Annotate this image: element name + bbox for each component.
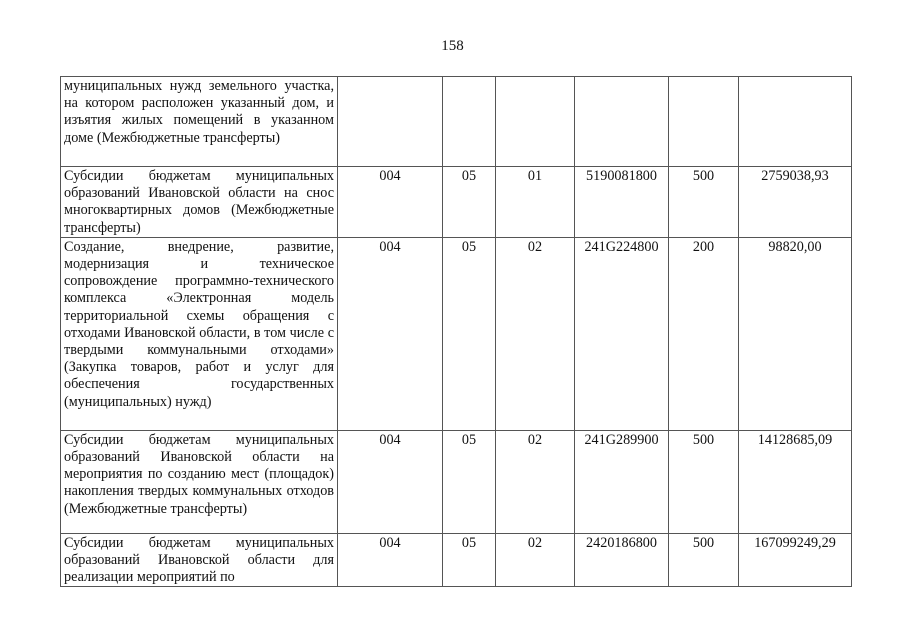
row-ministry-code: 004 xyxy=(338,167,443,238)
row-target-article: 2420186800 xyxy=(575,533,669,587)
row-section-code xyxy=(443,77,496,167)
row-subsection-code: 01 xyxy=(496,167,575,238)
row-subsection-code: 02 xyxy=(496,237,575,430)
row-ministry-code: 004 xyxy=(338,237,443,430)
row-ministry-code: 004 xyxy=(338,533,443,587)
row-description: Создание, внедрение, развитие, модерниза… xyxy=(61,237,338,430)
row-section-code: 05 xyxy=(443,237,496,430)
row-section-code: 05 xyxy=(443,167,496,238)
row-section-code: 05 xyxy=(443,430,496,533)
row-description: Субсидии бюджетам муниципальных образова… xyxy=(61,533,338,587)
table-row: Субсидии бюджетам муниципальных образова… xyxy=(61,533,852,587)
table-row: Создание, внедрение, развитие, модерниза… xyxy=(61,237,852,430)
budget-table: муниципальных нужд земельного участка, н… xyxy=(60,76,852,587)
row-amount xyxy=(739,77,852,167)
row-subsection-code: 02 xyxy=(496,533,575,587)
table-row: Субсидии бюджетам муниципальных образова… xyxy=(61,430,852,533)
table-row: муниципальных нужд земельного участка, н… xyxy=(61,77,852,167)
row-expense-type: 500 xyxy=(669,533,739,587)
row-subsection-code xyxy=(496,77,575,167)
row-expense-type: 200 xyxy=(669,237,739,430)
row-target-article xyxy=(575,77,669,167)
row-amount: 98820,00 xyxy=(739,237,852,430)
row-description: Субсидии бюджетам муниципальных образова… xyxy=(61,167,338,238)
table-row: Субсидии бюджетам муниципальных образова… xyxy=(61,167,852,238)
row-expense-type: 500 xyxy=(669,167,739,238)
row-section-code: 05 xyxy=(443,533,496,587)
row-amount: 167099249,29 xyxy=(739,533,852,587)
row-ministry-code: 004 xyxy=(338,430,443,533)
row-amount: 14128685,09 xyxy=(739,430,852,533)
row-target-article: 241G289900 xyxy=(575,430,669,533)
row-expense-type: 500 xyxy=(669,430,739,533)
row-target-article: 241G224800 xyxy=(575,237,669,430)
row-amount: 2759038,93 xyxy=(739,167,852,238)
row-subsection-code: 02 xyxy=(496,430,575,533)
row-target-article: 5190081800 xyxy=(575,167,669,238)
page-number: 158 xyxy=(0,38,905,55)
row-expense-type xyxy=(669,77,739,167)
row-description: Субсидии бюджетам муниципальных образова… xyxy=(61,430,338,533)
row-description: муниципальных нужд земельного участка, н… xyxy=(61,77,338,167)
row-ministry-code xyxy=(338,77,443,167)
